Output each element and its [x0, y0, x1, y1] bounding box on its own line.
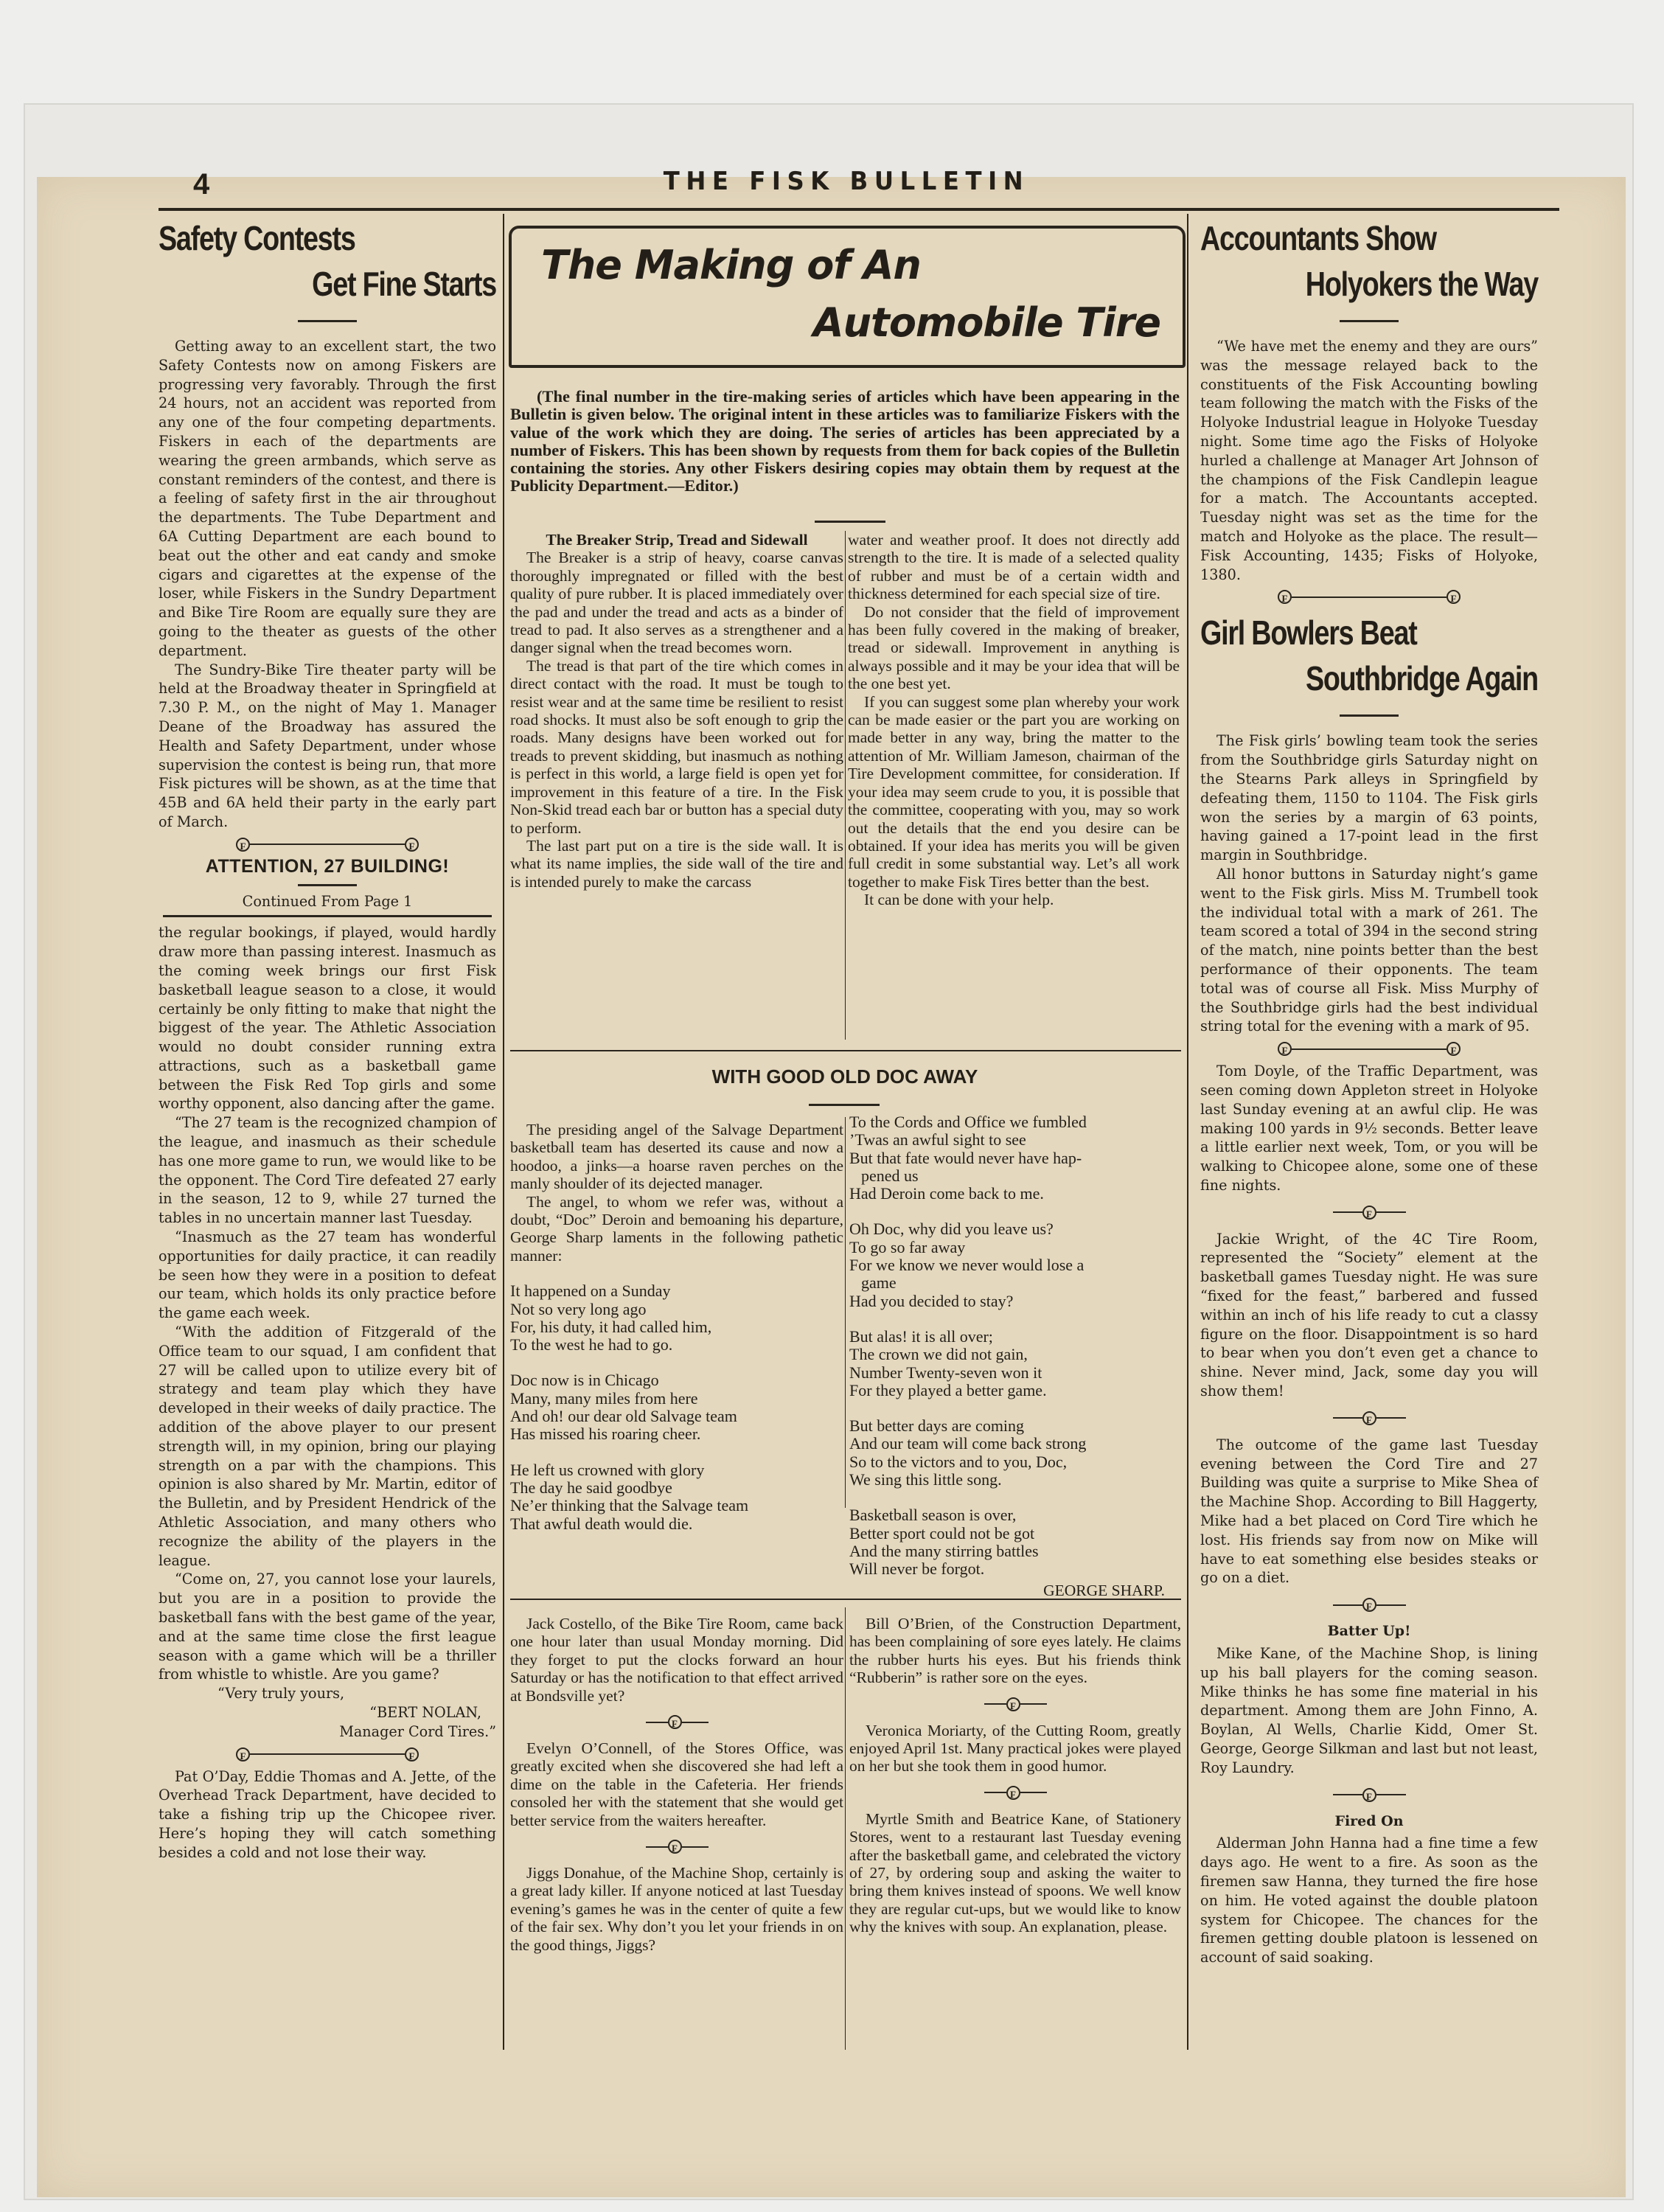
paragraph: Do not consider that the field of improv… — [848, 603, 1180, 693]
headline: Get Fine Starts — [219, 261, 496, 307]
poem-stanza: But alas! it is all over;The crown we di… — [849, 1328, 1180, 1399]
bowlers-article: Girl Bowlers Beat Southbridge Again The … — [1200, 610, 1538, 1036]
poem-line: Basketball season is over, — [849, 1506, 1180, 1524]
batter-up-headline: Batter Up! — [1200, 1622, 1538, 1641]
f-divider: F F — [159, 838, 496, 852]
column-rule-left — [503, 214, 504, 2050]
poem-stanza: To the Cords and Office we fumbled’Twas … — [849, 1113, 1180, 1203]
poem-line: Many, many miles from here — [510, 1390, 843, 1408]
fisk-f-icon: F — [1362, 1788, 1376, 1802]
doc-headline: WITH GOOD OLD DOC AWAY — [510, 1065, 1180, 1088]
paragraph: It can be done with your help. — [848, 891, 1180, 908]
rule — [298, 884, 357, 886]
poem-line: And the many stirring battles — [849, 1543, 1180, 1560]
paragraph: If you can suggest some plan whereby you… — [848, 693, 1180, 891]
poem-line: It happened on a Sunday — [510, 1282, 843, 1300]
poem-stanzas-right: To the Cords and Office we fumbled’Twas … — [849, 1113, 1180, 1579]
headline: Girl Bowlers Beat — [1200, 610, 1477, 655]
poem-line: For we know we never would lose a — [849, 1256, 1180, 1274]
paragraph: “Come on, 27, you cannot lose your laure… — [159, 1570, 496, 1684]
fisk-f-icon: F — [405, 838, 419, 852]
poem-line: But alas! it is all over; — [849, 1328, 1180, 1346]
poem-line: But that fate would never have hap- — [849, 1150, 1180, 1167]
f-divider: F — [510, 1840, 843, 1854]
masthead: THE FISK BULLETIN — [644, 167, 1050, 196]
f-divider: F — [1200, 1598, 1538, 1612]
rule — [298, 320, 357, 322]
poem-line: The crown we did not gain, — [849, 1346, 1180, 1363]
poem-line: pened us — [849, 1167, 1180, 1185]
poem-line: So to the victors and to you, Doc, — [849, 1453, 1180, 1471]
poem-line: To go so far away — [849, 1239, 1180, 1256]
poem-stanza: Doc now is in ChicagoMany, many miles fr… — [510, 1371, 843, 1443]
tire-title-box: The Making of An Automobile Tire — [509, 226, 1186, 368]
batter-up-text: Mike Kane, of the Machine Shop, is linin… — [1200, 1644, 1538, 1778]
editor-intro: (The final number in the tire-making ser… — [510, 388, 1180, 495]
signature-name: “BERT NOLAN, — [159, 1703, 496, 1722]
paragraph: “The 27 team is the recognized champion … — [159, 1113, 496, 1228]
paragraph: Getting away to an excellent start, the … — [159, 337, 496, 661]
fisk-f-icon: F — [1362, 1206, 1376, 1220]
fisk-f-icon: F — [1447, 1042, 1461, 1056]
paragraph: The presiding angel of the Salvage Depar… — [510, 1121, 843, 1193]
poem-line: To the Cords and Office we fumbled — [849, 1113, 1180, 1131]
fisk-f-icon: F — [1447, 590, 1461, 604]
title-line-1: The Making of An — [541, 242, 921, 288]
poem-stanza: It happened on a SundayNot so very long … — [510, 1282, 843, 1354]
column-rule — [845, 1607, 846, 2050]
masthead-rule — [159, 208, 1559, 211]
paragraph: The angel, to whom we refer was, without… — [510, 1193, 843, 1265]
left-column: Safety Contests Get Fine Starts Getting … — [159, 215, 496, 1863]
intro-text: (The final number in the tire-making ser… — [510, 388, 1180, 495]
column-rule — [845, 1117, 846, 1508]
paragraph: “Inasmuch as the 27 team has wonderful o… — [159, 1228, 496, 1323]
rule — [1340, 714, 1399, 717]
personal-item: Myrtle Smith and Beatrice Kane, of Stati… — [849, 1810, 1181, 1936]
f-divider: F F — [1200, 590, 1538, 604]
personal-item: Bill O’Brien, of the Construction Depart… — [849, 1615, 1181, 1687]
poem-line: And oh! our dear old Salvage team — [510, 1408, 843, 1425]
poem-stanzas-left: It happened on a SundayNot so very long … — [510, 1282, 843, 1533]
rule — [163, 915, 492, 917]
f-divider: F — [849, 1697, 1181, 1711]
page-number: 4 — [193, 168, 209, 201]
fisk-f-icon: F — [236, 1747, 250, 1761]
paragraph: water and weather proof. It does not dir… — [848, 531, 1180, 603]
paragraph: The Breaker is a strip of heavy, coarse … — [510, 549, 843, 656]
paragraph: The Sundry-Bike Tire theater party will … — [159, 661, 496, 832]
f-divider: F F — [1200, 1042, 1538, 1056]
title-line-2: Automobile Tire — [813, 299, 1160, 346]
column-rule-right — [1187, 214, 1188, 2050]
fired-on-text: Alderman John Hanna had a fine time a fe… — [1200, 1834, 1538, 1967]
column-rule — [845, 531, 846, 1040]
paragraph: the regular bookings, if played, would h… — [159, 923, 496, 1113]
poem-line: Doc now is in Chicago — [510, 1371, 843, 1389]
headline: Holyokers the Way — [1261, 261, 1538, 307]
paragraph: “We have met the enemy and they are ours… — [1200, 337, 1538, 584]
fisk-f-icon: F — [1362, 1411, 1376, 1425]
poem-line: game — [849, 1274, 1180, 1292]
poem-line: The day he said goodbye — [510, 1479, 843, 1497]
f-divider: F F — [159, 1747, 496, 1761]
poem-line: To the west he had to go. — [510, 1336, 843, 1354]
fishing-note: Pat O’Day, Eddie Thomas and A. Jette, of… — [159, 1767, 496, 1863]
poem-line: Has missed his roaring cheer. — [510, 1425, 843, 1443]
poem-line: Oh Doc, why did you leave us? — [849, 1220, 1180, 1238]
section-rule — [510, 1050, 1181, 1051]
doyle-note: Tom Doyle, of the Traffic Department, wa… — [1200, 1062, 1538, 1195]
poem-line: But better days are coming — [849, 1417, 1180, 1435]
paragraph: The last part put on a tire is the side … — [510, 837, 843, 891]
section-rule — [510, 1599, 1181, 1600]
paragraph: The Fisk girls’ bowling team took the se… — [1200, 731, 1538, 865]
rule — [809, 1104, 880, 1106]
fisk-f-icon: F — [1362, 1598, 1376, 1612]
poem-stanza: Oh Doc, why did you leave us?To go so fa… — [849, 1220, 1180, 1310]
f-divider: F — [1200, 1411, 1538, 1425]
poem-line: We sing this little song. — [849, 1471, 1180, 1489]
fisk-f-icon: F — [668, 1840, 682, 1854]
poem-line: Will never be forgot. — [849, 1560, 1180, 1578]
tire-column-2: water and weather proof. It does not dir… — [848, 531, 1180, 909]
headline: ATTENTION, 27 BUILDING! — [159, 858, 496, 877]
outcome-note: The outcome of the game last Tuesday eve… — [1200, 1436, 1538, 1587]
fisk-f-icon: F — [668, 1715, 682, 1729]
doc-column-1: The presiding angel of the Salvage Depar… — [510, 1121, 843, 1551]
fisk-f-icon: F — [1278, 590, 1292, 604]
personal-item: Jiggs Donahue, of the Machine Shop, cert… — [510, 1864, 843, 1954]
fired-on-headline: Fired On — [1200, 1812, 1538, 1832]
paragraph: “With the addition of Fitzgerald of the … — [159, 1323, 496, 1570]
f-divider: F — [1200, 1206, 1538, 1220]
safety-article: Safety Contests Get Fine Starts Getting … — [159, 215, 496, 832]
headline: Safety Contests — [159, 215, 436, 261]
poem-line: Better sport could not be got — [849, 1525, 1180, 1543]
paragraph: The tread is that part of the tire which… — [510, 657, 843, 837]
personal-item: Evelyn O’Connell, of the Stores Office, … — [510, 1739, 843, 1829]
accountants-article: Accountants Show Holyokers the Way “We h… — [1200, 215, 1538, 584]
poem-line: He left us crowned with glory — [510, 1461, 843, 1479]
signature-title: Manager Cord Tires.” — [159, 1722, 496, 1742]
poem-line: Ne’er thinking that the Salvage team — [510, 1497, 843, 1514]
poem-line: Had you decided to stay? — [849, 1293, 1180, 1310]
fisk-f-icon: F — [236, 838, 250, 852]
fisk-f-icon: F — [1006, 1697, 1020, 1711]
personal-item: Jack Costello, of the Bike Tire Room, ca… — [510, 1615, 843, 1705]
attention-article: ATTENTION, 27 BUILDING! Continued From P… — [159, 858, 496, 1742]
headline: Southbridge Again — [1261, 655, 1538, 701]
headline: Accountants Show — [1200, 215, 1477, 261]
right-column: Accountants Show Holyokers the Way “We h… — [1200, 215, 1538, 1967]
doc-column-2: To the Cords and Office we fumbled’Twas … — [849, 1113, 1180, 1599]
poem-line: For, his duty, it had called him, — [510, 1318, 843, 1336]
poem-stanza: But better days are comingAnd our team w… — [849, 1417, 1180, 1489]
poem-line: Had Deroin come back to me. — [849, 1185, 1180, 1203]
f-divider: F — [1200, 1788, 1538, 1802]
subhead: The Breaker Strip, Tread and Sidewall — [510, 531, 843, 549]
poem-line: Not so very long ago — [510, 1301, 843, 1318]
personals-right: Bill O’Brien, of the Construction Depart… — [849, 1615, 1181, 1936]
poem-author: GEORGE SHARP. — [849, 1582, 1180, 1599]
rule — [815, 521, 885, 523]
poem-stanza: He left us crowned with gloryThe day he … — [510, 1461, 843, 1533]
wright-note: Jackie Wright, of the 4C Tire Room, repr… — [1200, 1230, 1538, 1401]
f-divider: F — [510, 1715, 843, 1729]
fisk-f-icon: F — [405, 1747, 419, 1761]
continued-note: Continued From Page 1 — [159, 892, 496, 911]
poem-line: That awful death would die. — [510, 1515, 843, 1533]
personals-left: Jack Costello, of the Bike Tire Room, ca… — [510, 1615, 843, 1954]
tire-column-1: The Breaker Strip, Tread and Sidewall Th… — [510, 531, 843, 891]
poem-line: ’Twas an awful sight to see — [849, 1131, 1180, 1149]
poem-line: And our team will come back strong — [849, 1435, 1180, 1453]
fisk-f-icon: F — [1006, 1786, 1020, 1800]
f-divider: F — [849, 1786, 1181, 1800]
paragraph: All honor buttons in Saturday night’s ga… — [1200, 865, 1538, 1036]
personal-item: Veronica Moriarty, of the Cutting Room, … — [849, 1722, 1181, 1775]
poem-line: For they played a better game. — [849, 1382, 1180, 1399]
fisk-f-icon: F — [1278, 1042, 1292, 1056]
poem-stanza: Basketball season is over,Better sport c… — [849, 1506, 1180, 1578]
poem-line: Number Twenty-seven won it — [849, 1364, 1180, 1382]
rule — [1340, 320, 1399, 322]
letter-closing: “Very truly yours, — [159, 1684, 496, 1703]
